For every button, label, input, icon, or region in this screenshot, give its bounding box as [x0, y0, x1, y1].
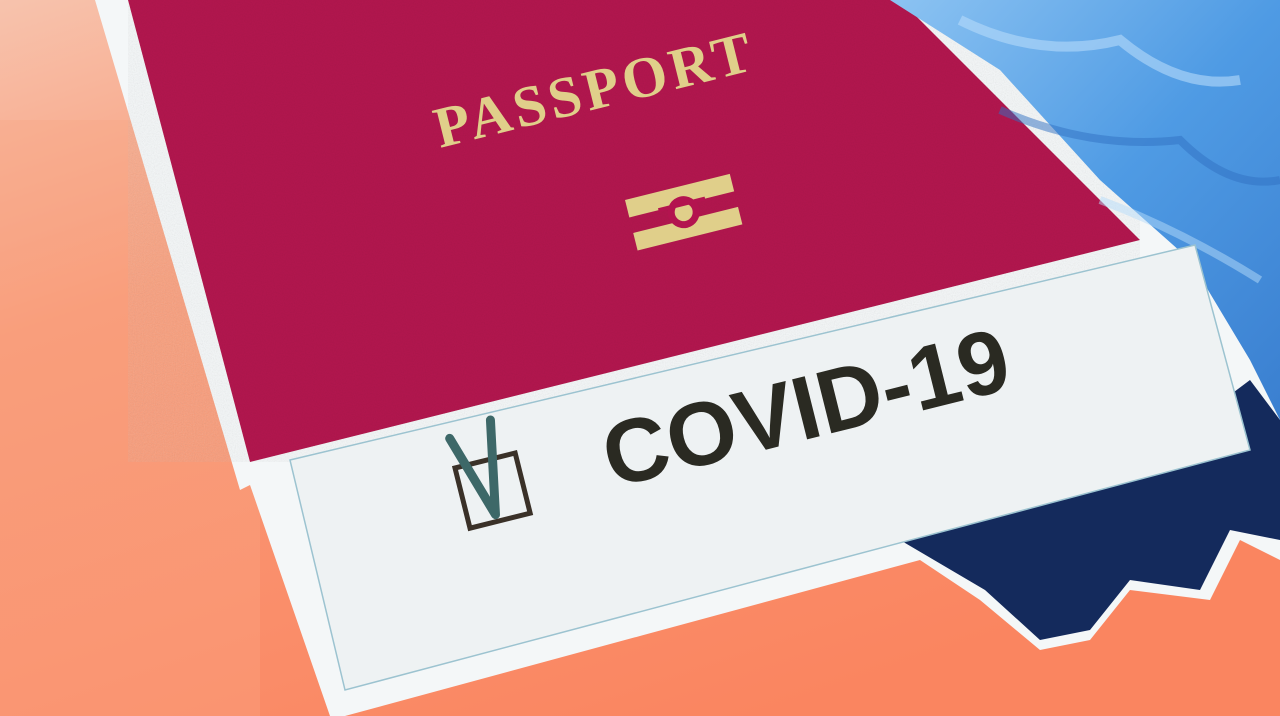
photo-collage: PASSPORT COVID-19 — [0, 0, 1280, 716]
scene-svg: PASSPORT COVID-19 — [0, 0, 1280, 716]
